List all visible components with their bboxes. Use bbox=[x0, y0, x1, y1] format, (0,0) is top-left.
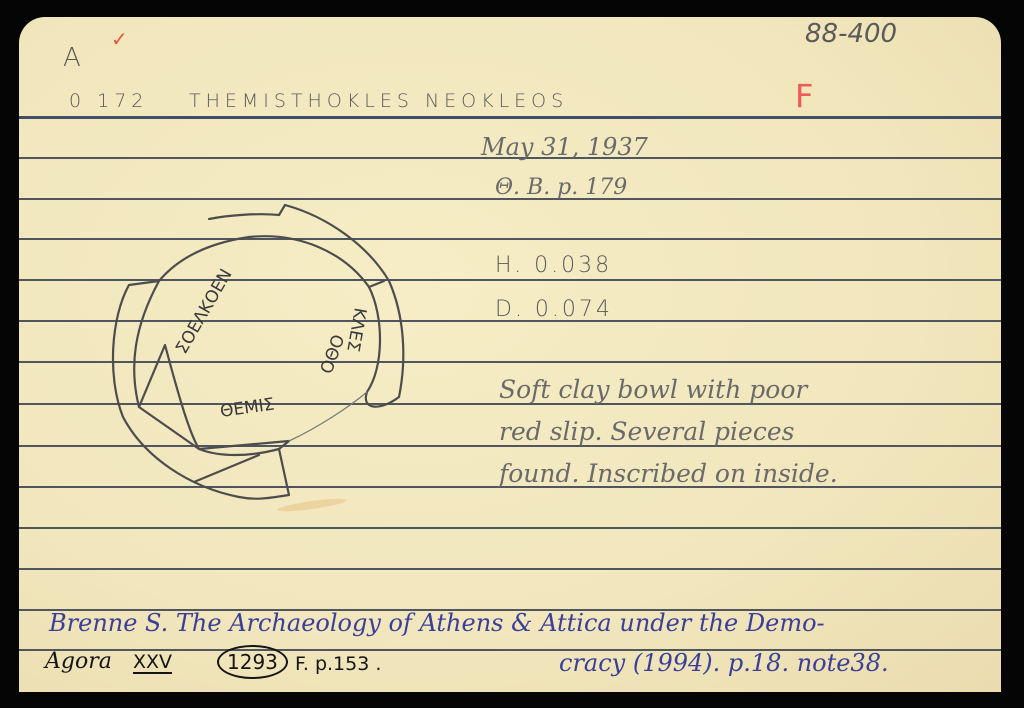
diameter-measurement: D. 0.074 bbox=[495, 297, 613, 322]
height-measurement: H. 0.038 bbox=[495, 253, 612, 278]
ruled-line-header bbox=[19, 116, 1001, 119]
inscription-outer-text: ΣΟΕΛΚΟΕΝ bbox=[172, 266, 237, 358]
description-line-2: red slip. Several pieces bbox=[499, 417, 794, 446]
index-card: A ✓ 88-400 F 0 172 THEMISTHOKLES NEOKLEO… bbox=[19, 17, 1001, 692]
circled-number: 1293 bbox=[217, 645, 288, 679]
bibliography-line-2: cracy (1994). p.18. note38. bbox=[559, 649, 889, 677]
bibliography-page-ref: F. p.153 . bbox=[295, 653, 381, 675]
svg-text:ΟΘΟ: ΟΘΟ bbox=[317, 332, 350, 377]
object-title: THEMISTHOKLES NEOKLEOS bbox=[189, 90, 568, 112]
catalog-number: 88-400 bbox=[805, 19, 897, 49]
description-line-3: found. Inscribed on inside. bbox=[499, 459, 838, 488]
bibliography-line-1: Brenne S. The Archaeology of Athens & At… bbox=[49, 609, 825, 637]
find-date: May 31, 1937 bbox=[481, 133, 648, 161]
inventory-number: 0 172 bbox=[69, 90, 148, 112]
ruled-line bbox=[19, 568, 1001, 570]
svg-text:ΘΕΜΙΣ: ΘΕΜΙΣ bbox=[219, 395, 276, 422]
check-mark-icon: ✓ bbox=[111, 27, 128, 51]
bowl-fragment-sketch-icon: ΣΟΕΛΚΟΕΝ ΚΛΕΣ ΟΘΟ ΘΕΜΙΣ bbox=[99, 197, 429, 527]
description-line-1: Soft clay bowl with poor bbox=[499, 375, 807, 404]
notebook-reference: Θ. Β. p. 179 bbox=[495, 175, 627, 200]
bibliography-series: Agora bbox=[45, 649, 112, 674]
bibliography-catalog-number: 1293 bbox=[217, 645, 288, 679]
corner-mark: A bbox=[63, 43, 81, 73]
bibliography-volume: XXV bbox=[133, 651, 172, 673]
ruled-line bbox=[19, 527, 1001, 529]
grade-mark: F bbox=[795, 77, 813, 115]
